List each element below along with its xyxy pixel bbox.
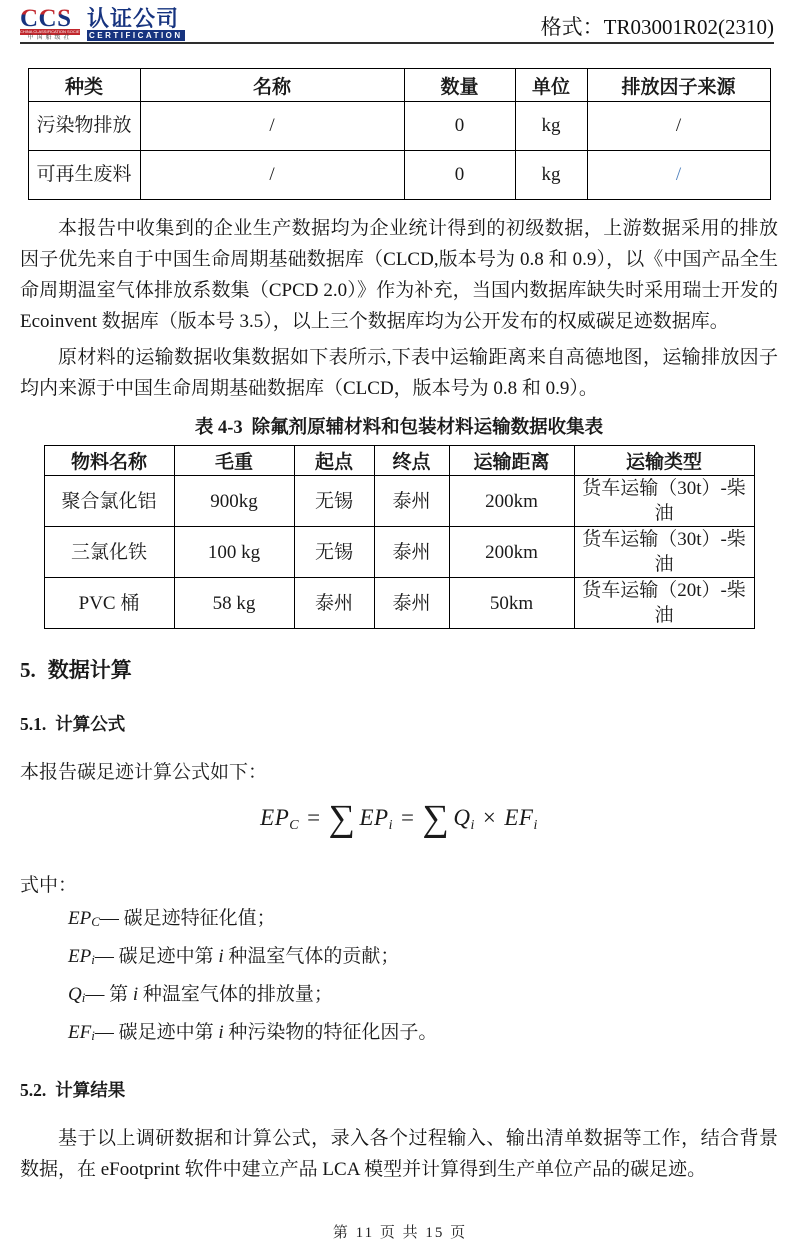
formula-epc: EP: [260, 805, 289, 830]
section-5-2-title: 计算结果: [55, 1080, 125, 1100]
page-number-footer: 第 11 页 共 15 页: [0, 1221, 800, 1242]
cell-type: 污染物排放: [28, 102, 140, 151]
sigma-symbol: ∑: [329, 798, 360, 839]
table-row: 污染物排放 / 0 kg /: [28, 102, 770, 151]
cell-quantity: 0: [404, 102, 515, 151]
definition-epi: EPi— 碳足迹中第 i 种温室气体的贡献；: [68, 939, 778, 977]
table-4-3-caption: 表 4-3除氟剂原辅材料和包装材料运输数据收集表: [20, 413, 778, 439]
transport-table: 物料名称 毛重 起点 终点 运输距离 运输类型 聚合氯化铝 900kg 无锡 泰…: [44, 445, 755, 629]
certification-banner: CERTIFICATION: [87, 30, 185, 41]
cell-type: 可再生废料: [28, 151, 140, 200]
cell-unit: kg: [515, 151, 587, 200]
cell-ef-source: /: [587, 102, 770, 151]
formula-definitions: EPC— 碳足迹特征化值； EPi— 碳足迹中第 i 种温室气体的贡献； Qi—…: [68, 901, 778, 1053]
definition-efi: EFi— 碳足迹中第 i 种污染物的特征化因子。: [68, 1015, 778, 1053]
cell-quantity: 0: [404, 151, 515, 200]
carbon-footprint-formula: EPC=∑EPi=∑Qi×EFi: [20, 792, 778, 844]
cell-transport-type: 货车运输（30t）-柴油: [574, 527, 754, 578]
emissions-table-header-row: 种类 名称 数量 单位 排放因子来源: [28, 69, 770, 102]
cell-material: 三氯化铁: [44, 527, 174, 578]
section-5-title: 数据计算: [48, 658, 132, 682]
cell-distance: 200km: [449, 476, 574, 527]
formula-efi: EF: [504, 805, 533, 830]
table-caption-title: 除氟剂原辅材料和包装材料运输数据收集表: [252, 418, 604, 438]
cell-material: PVC 桶: [44, 578, 174, 629]
definition-qi: Qi— 第 i 种温室气体的排放量；: [68, 977, 778, 1015]
cell-destination: 泰州: [374, 476, 449, 527]
col-header-name: 名称: [140, 69, 404, 102]
formula-intro: 本报告碳足迹计算公式如下：: [20, 757, 778, 784]
col-header-gross-weight: 毛重: [174, 446, 294, 476]
cell-ef-source: /: [587, 151, 770, 200]
cell-transport-type: 货车运输（30t）-柴油: [574, 476, 754, 527]
equals-sign: =: [393, 805, 422, 830]
sigma-symbol: ∑: [422, 798, 453, 839]
col-header-destination: 终点: [374, 446, 449, 476]
section-5-1-number: 5.1.: [20, 714, 46, 734]
cell-distance: 200km: [449, 527, 574, 578]
equals-sign: =: [299, 805, 328, 830]
section-5-2-number: 5.2.: [20, 1080, 46, 1100]
document-page: CCS CHINA CLASSIFICATION SOCIETY 中国船级社 认…: [0, 0, 800, 1253]
col-header-distance: 运输距离: [449, 446, 574, 476]
col-header-origin: 起点: [294, 446, 374, 476]
cell-name: /: [140, 102, 404, 151]
section-5-1-heading: 5.1.计算公式: [20, 711, 778, 736]
page-header: CCS CHINA CLASSIFICATION SOCIETY 中国船级社 认…: [20, 0, 774, 44]
cell-distance: 50km: [449, 578, 574, 629]
ccs-logo-right: 认证公司 CERTIFICATION: [87, 9, 185, 41]
where-label: 式中：: [20, 870, 778, 897]
cell-gross-weight: 58 kg: [174, 578, 294, 629]
times-sign: ×: [475, 805, 504, 830]
table-row: PVC 桶 58 kg 泰州 泰州 50km 货车运输（20t）-柴油: [44, 578, 754, 629]
paragraph-data-sources: 本报告中收集到的企业生产数据均为企业统计得到的初级数据，上游数据采用的排放因子优…: [20, 213, 778, 337]
ccs-logo-text: CCS: [20, 9, 80, 28]
col-header-quantity: 数量: [404, 69, 515, 102]
section-5-1-title: 计算公式: [55, 714, 125, 734]
ccs-logo-left: CCS CHINA CLASSIFICATION SOCIETY 中国船级社: [20, 9, 80, 42]
cell-gross-weight: 100 kg: [174, 527, 294, 578]
paragraph-calculation-result: 基于以上调研数据和计算公式，录入各个过程输入、输出清单数据等工作，结合背景数据，…: [20, 1123, 778, 1185]
format-code: 格式：TR03001R02(2310): [541, 11, 774, 42]
cell-material: 聚合氯化铝: [44, 476, 174, 527]
table-row: 三氯化铁 100 kg 无锡 泰州 200km 货车运输（30t）-柴油: [44, 527, 754, 578]
page-content: 种类 名称 数量 单位 排放因子来源 污染物排放 / 0 kg / 可再生废料 …: [0, 68, 800, 1185]
ccs-society-cn: 中国船级社: [20, 35, 80, 42]
cell-origin: 无锡: [294, 527, 374, 578]
cell-gross-weight: 900kg: [174, 476, 294, 527]
paragraph-transport-data: 原材料的运输数据收集数据如下表所示,下表中运输距离来自高德地图，运输排放因子均内…: [20, 342, 778, 404]
cell-destination: 泰州: [374, 578, 449, 629]
table-row: 可再生废料 / 0 kg /: [28, 151, 770, 200]
emissions-table: 种类 名称 数量 单位 排放因子来源 污染物排放 / 0 kg / 可再生废料 …: [28, 68, 771, 200]
cell-destination: 泰州: [374, 527, 449, 578]
col-header-material: 物料名称: [44, 446, 174, 476]
col-header-type: 种类: [28, 69, 140, 102]
section-5-heading: 5.数据计算: [20, 654, 778, 684]
cell-origin: 泰州: [294, 578, 374, 629]
section-5-2-heading: 5.2.计算结果: [20, 1077, 778, 1102]
cell-transport-type: 货车运输（20t）-柴油: [574, 578, 754, 629]
section-5-number: 5.: [20, 658, 36, 682]
col-header-ef-source: 排放因子来源: [587, 69, 770, 102]
table-row: 聚合氯化铝 900kg 无锡 泰州 200km 货车运输（30t）-柴油: [44, 476, 754, 527]
col-header-transport-type: 运输类型: [574, 446, 754, 476]
transport-table-header-row: 物料名称 毛重 起点 终点 运输距离 运输类型: [44, 446, 754, 476]
ccs-company-name: 认证公司: [87, 9, 185, 28]
cell-name: /: [140, 151, 404, 200]
formula-qi: Q: [453, 805, 470, 830]
formula-epi: EP: [359, 805, 388, 830]
cell-unit: kg: [515, 102, 587, 151]
cell-origin: 无锡: [294, 476, 374, 527]
col-header-unit: 单位: [515, 69, 587, 102]
table-caption-label: 表 4-3: [195, 418, 243, 438]
ccs-logo: CCS CHINA CLASSIFICATION SOCIETY 中国船级社 认…: [20, 9, 185, 42]
definition-epc: EPC— 碳足迹特征化值；: [68, 901, 778, 939]
